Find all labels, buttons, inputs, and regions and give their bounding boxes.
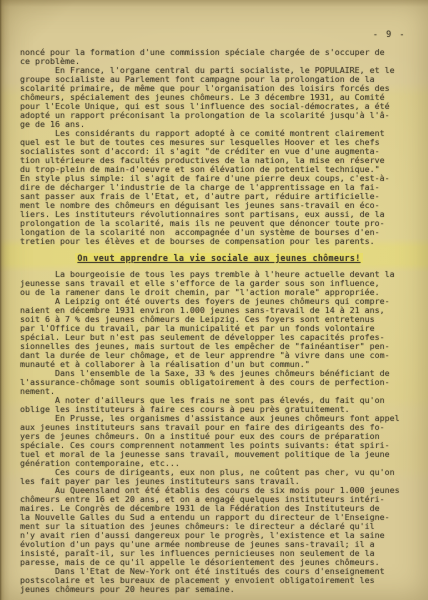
paragraph-frais-instituteurs: A noter d'ailleurs que les frais ne sont… — [20, 396, 418, 414]
paragraph-leipzig-foyers: A Leipzig ont été ouverts des foyers de … — [20, 297, 418, 369]
document-text-block: noncé pour la formation d'une commission… — [20, 48, 418, 594]
paragraph-new-york: Dans l'Etat de New-York ont été institué… — [20, 567, 418, 594]
paragraph-saxe-cours: Dans l'ensemble de la Saxe, 33 % des jeu… — [20, 369, 418, 396]
paragraph-cours-dirigeants: Ces cours de dirigeants, eux non plus, n… — [20, 468, 418, 486]
section-heading-text: On veut apprendre la vie sociale aux jeu… — [75, 253, 362, 263]
page-number: - 9 - — [373, 30, 406, 40]
scanned-document-page: - 9 - noncé pour la formation d'une comm… — [0, 0, 428, 600]
paragraph-considerants-rapport: Les considérants du rapport adopté à ce … — [20, 129, 418, 246]
paragraph-prusse-organismes: En Prusse, les organismes d'assistance a… — [20, 414, 418, 468]
paragraph-queensland-congres: Au Queensland ont été établis des cours … — [20, 486, 418, 567]
paragraph-continuation: noncé pour la formation d'une commission… — [20, 48, 418, 66]
paragraph-france-campagne: En France, l'organe central du parti soc… — [20, 66, 418, 129]
paragraph-bourgeoisie: La bourgeoisie de tous les pays tremble … — [20, 270, 418, 297]
section-heading: On veut apprendre la vie sociale aux jeu… — [20, 254, 418, 263]
